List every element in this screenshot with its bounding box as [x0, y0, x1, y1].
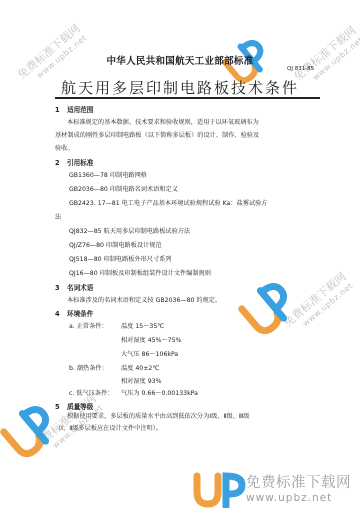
section-3-heading: 3名词术语 — [55, 282, 93, 292]
section-1-line-3: 验收。 — [55, 143, 74, 152]
reference-item-continued: 法 — [55, 212, 61, 221]
condition-a-pressure: 大气压 86～106kPa — [121, 349, 178, 358]
condition-b-label: b. 潮热条件： — [69, 363, 108, 372]
reference-item: QJ832—85 航天用多层印制电路板试验方法 — [69, 226, 190, 235]
section-title: 名词术语 — [67, 284, 93, 292]
reference-item: QJ16—80 印制板及印制板组装件设计文件编制规则 — [69, 268, 211, 277]
section-5-line-2: （Ⅰ、Ⅱ级多层板应在设计文件中注明）。 — [55, 423, 162, 432]
section-5-line-1: 根据使用要求，多层板的质量水平由高到低依次分为Ⅰ级、Ⅱ级、Ⅲ级 — [67, 411, 249, 420]
section-number: 4 — [55, 310, 67, 318]
up-logo-icon — [238, 282, 298, 337]
reference-item: GB2423. 17—81 电工电子产品基本环境试验规程试验 Ka：盐雾试验方 — [69, 198, 267, 207]
section-2-heading: 2引用标准 — [55, 157, 93, 167]
footer-watermark-cn: 免费标准下载网 — [246, 475, 351, 492]
reference-item: GB1360—78 印制电路网格 — [69, 170, 147, 179]
condition-c-label: c. 低气压条件： — [69, 388, 113, 397]
standard-code: QJ 831-85 — [287, 66, 314, 72]
section-1-heading: 1适用范围 — [55, 104, 93, 114]
section-1-line-1: 本标准规定的基本数据、技术要求和验收规则，适用于以环氧玻璃布为 — [67, 117, 259, 126]
up-logo-footer-icon — [192, 472, 248, 508]
section-number: 2 — [55, 159, 67, 167]
condition-c-pressure: 气压为 0.66～0.00133kPa — [121, 388, 198, 397]
condition-b-humidity: 相对湿度 93% — [121, 376, 161, 385]
section-number: 5 — [55, 403, 67, 411]
up-logo-icon — [0, 405, 60, 460]
reference-item: QJ518—80 印制电路板外形尺寸系列 — [69, 254, 172, 263]
footer-watermark-text: 免费标准下载网 www.upbz.net — [246, 475, 351, 504]
section-title: 质量等级 — [67, 403, 93, 411]
section-4-heading: 4环境条件 — [55, 308, 93, 318]
document-page: 免费标准下载网 www.upbz.net 免费标准下载网 www.upbz.ne… — [0, 0, 360, 509]
section-title: 引用标准 — [67, 159, 93, 167]
section-title: 环境条件 — [67, 310, 93, 318]
condition-a-humidity: 相对湿度 45%～75% — [121, 335, 181, 344]
header-divider — [55, 97, 320, 99]
condition-a-temperature: 温度 15～35℃ — [121, 321, 164, 330]
section-1-line-2: 基材制成的刚性多层印制电路板（以下简称多层板）的设计、制作、检验及 — [55, 130, 259, 139]
section-3-line-1: 本标准涉及的名词术语和定义按 GB2036—80 的规定。 — [67, 295, 221, 304]
condition-a-label: a. 正常条件： — [69, 321, 108, 330]
section-5-heading: 5质量等级 — [55, 401, 93, 411]
document-title: 航天用多层印制电路板技术条件 — [0, 77, 360, 98]
footer-watermark-url: www.upbz.net — [246, 492, 351, 504]
reference-item: QJ/Z76—80 印制电路板设计规范 — [69, 240, 162, 249]
reference-item: GB2036—80 印制电路名词术语和定义 — [69, 184, 178, 193]
section-number: 1 — [55, 106, 67, 114]
condition-b-temperature: 温度 40±2℃ — [121, 363, 159, 372]
section-title: 适用范围 — [67, 106, 93, 114]
standard-org: 中华人民共和国航天工业部部标准 — [0, 53, 360, 67]
section-number: 3 — [55, 284, 67, 292]
